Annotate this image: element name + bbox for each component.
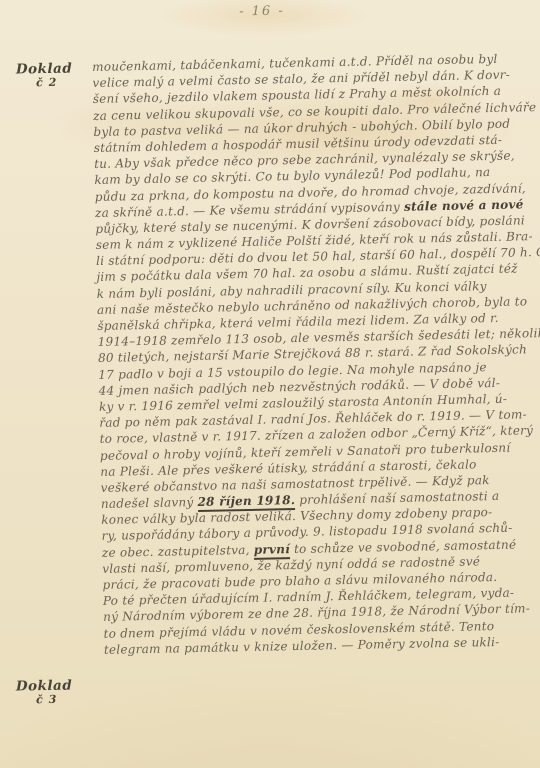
margin-note-doklad-3: Doklad č 3 bbox=[16, 679, 78, 706]
page-number: - 16 - bbox=[0, 0, 524, 24]
margin-note-label: Doklad bbox=[16, 62, 78, 76]
margin-note-number: č 3 bbox=[16, 692, 78, 706]
margin-note-number: č 2 bbox=[16, 75, 78, 89]
margin-note-doklad-2: Doklad č 2 bbox=[16, 62, 78, 89]
handwritten-text: moučenkami, tabáčenkami, tučenkami a.t.d… bbox=[92, 50, 540, 658]
margin-note-label: Doklad bbox=[16, 679, 78, 693]
text-segment: to schůze ve svobodné, samostatné bbox=[290, 537, 517, 556]
text-segment: ze obec. zastupitelstva, bbox=[102, 542, 254, 559]
chronicle-scan-page: - 16 - Doklad č 2 moučenkami, tabáčenkam… bbox=[0, 0, 540, 768]
emphasized-text: stále nové a nové bbox=[404, 197, 524, 213]
text-segment: nadešel slavný bbox=[101, 495, 198, 511]
